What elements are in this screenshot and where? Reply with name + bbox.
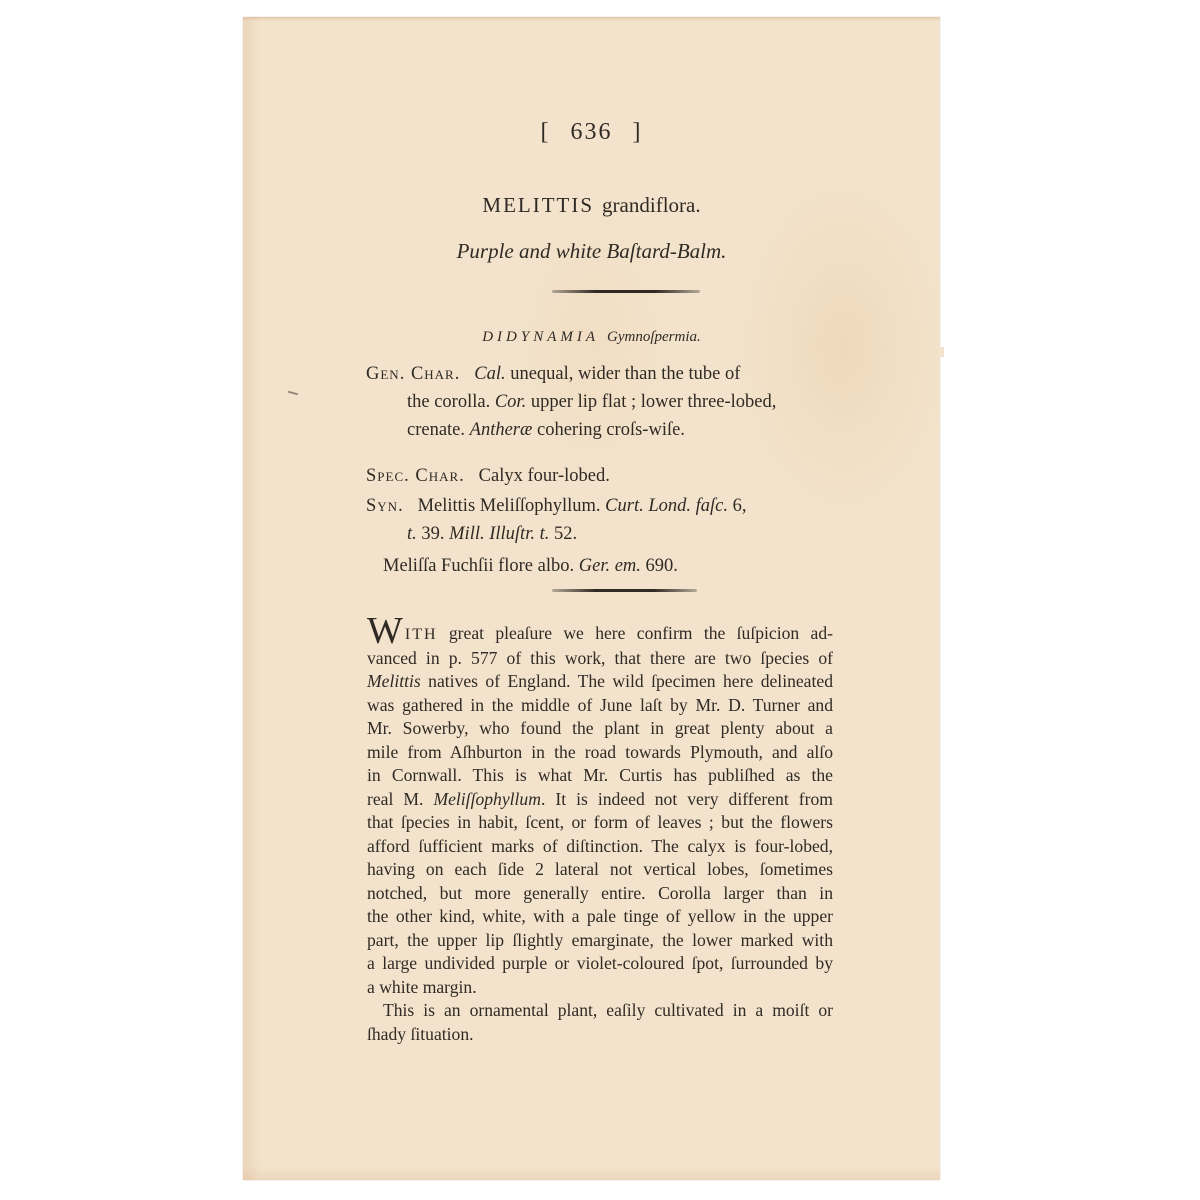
genus-name: MELITTIS: [482, 193, 594, 217]
body-line: notched, but more generally entire. Coro…: [367, 882, 833, 906]
document-page: [ 636 ] MELITTISgrandiflora. Purple and …: [243, 17, 940, 1180]
spec-char-label: Spec. Char.: [366, 466, 465, 486]
body-line: Mr. Sowerby, who found the plant in grea…: [367, 717, 833, 741]
body-line-text: natives of England. The wild ſpecimen he…: [421, 671, 833, 691]
gen-char-cal: Cal.: [474, 364, 505, 384]
gen-char-antherae: Antheræ: [470, 420, 533, 440]
body-line: real M. Meliſſophyllum. It is indeed not…: [367, 788, 833, 812]
italic-melissophyllum: Meliſſophyllum: [433, 789, 541, 809]
body-line: in Cornwall. This is what Mr. Curtis has…: [367, 764, 833, 788]
syn-num2: 52.: [549, 524, 577, 544]
drop-cap: W: [367, 610, 403, 652]
classification: DIDYNAMIAGymnoſpermia.: [243, 329, 940, 346]
body-line-text: . It is indeed not very different from: [541, 789, 833, 809]
body-line: This is an ornamental plant, eaſily cult…: [367, 999, 833, 1023]
syn-line3-end: 690.: [641, 556, 678, 576]
body-line: a large undivided purple or violet-colou…: [367, 952, 833, 976]
gen-char-line2-pre: the corolla.: [407, 392, 495, 412]
syn-gerard-ref: Ger. em.: [579, 556, 641, 576]
gen-char-label: Gen. Char.: [366, 364, 460, 384]
common-name: Purple and white Baſtard-Balm.: [243, 239, 940, 264]
gen-char-line3: cohering croſs-wiſe.: [532, 420, 685, 440]
species-name: grandiflora.: [602, 193, 701, 217]
syn-label: Syn.: [366, 496, 404, 516]
syn-t: t.: [407, 524, 417, 544]
synonymy: Syn. Melittis Meliſſophyllum. Curt. Lond…: [366, 492, 832, 548]
spec-char-text: Calyx four-lobed.: [479, 466, 610, 486]
margin-mark: [288, 391, 298, 396]
body-line: Melittis natives of England. The wild ſp…: [367, 670, 833, 694]
generic-character: Gen. Char. Cal. unequal, wider than the …: [366, 360, 832, 444]
body-line: part, the upper lip ſlightly emarginate,…: [367, 929, 833, 953]
specific-character: Spec. Char. Calyx four-lobed.: [366, 462, 832, 490]
body-line: having on each ſide 2 lateral not vertic…: [367, 858, 833, 882]
page-tear: [938, 347, 944, 357]
order-name: Gymnoſpermia.: [607, 329, 701, 345]
syn-line1: Melittis Meliſſophyllum.: [418, 496, 606, 516]
body-line-prefix: real M.: [367, 789, 433, 809]
gen-char-line1: unequal, wider than the tube of: [506, 364, 741, 384]
page-number: [ 636 ]: [243, 119, 940, 146]
body-line: the other kind, white, with a pale tinge…: [367, 905, 833, 929]
body-line: that ſpecies in habit, ſcent, or form of…: [367, 811, 833, 835]
syn-line1-end: 6,: [728, 496, 747, 516]
ornamental-rule: [552, 589, 697, 592]
body-line: WITH great pleaſure we here confirm the …: [367, 617, 833, 647]
first-word: ITH: [405, 626, 438, 643]
syn-miller-ref: Mill. Illuſtr. t.: [449, 524, 549, 544]
gen-char-line2: upper lip flat ; lower three-lobed,: [526, 392, 776, 412]
body-line: was gathered in the middle of June laſt …: [367, 694, 833, 718]
synonymy-gerard: Meliſſa Fuchſii flore albo. Ger. em. 690…: [383, 552, 849, 580]
body-line: vanced in p. 577 of this work, that ther…: [367, 647, 833, 671]
gen-char-line3-pre: crenate.: [407, 420, 470, 440]
body-line: ſhady ſituation.: [367, 1023, 833, 1047]
body-line: a white margin.: [367, 976, 833, 1000]
gen-char-cor: Cor.: [495, 392, 526, 412]
syn-num1: 39.: [417, 524, 449, 544]
syn-line3: Meliſſa Fuchſii flore albo.: [383, 556, 579, 576]
body-text: WITH great pleaſure we here confirm the …: [367, 617, 833, 1046]
body-line: mile from Aſhburton in the road towards …: [367, 741, 833, 765]
body-line-text: great pleaſure we here confirm the ſuſpi…: [438, 623, 833, 643]
italic-melittis: Melittis: [367, 671, 421, 691]
body-line: afford ſufficient marks of diſtinction. …: [367, 835, 833, 859]
syn-curtis-ref: Curt. Lond. faſc.: [605, 496, 728, 516]
ornamental-rule: [552, 290, 700, 293]
genus-title: MELITTISgrandiflora.: [243, 193, 940, 218]
class-name: DIDYNAMIA: [482, 329, 599, 345]
